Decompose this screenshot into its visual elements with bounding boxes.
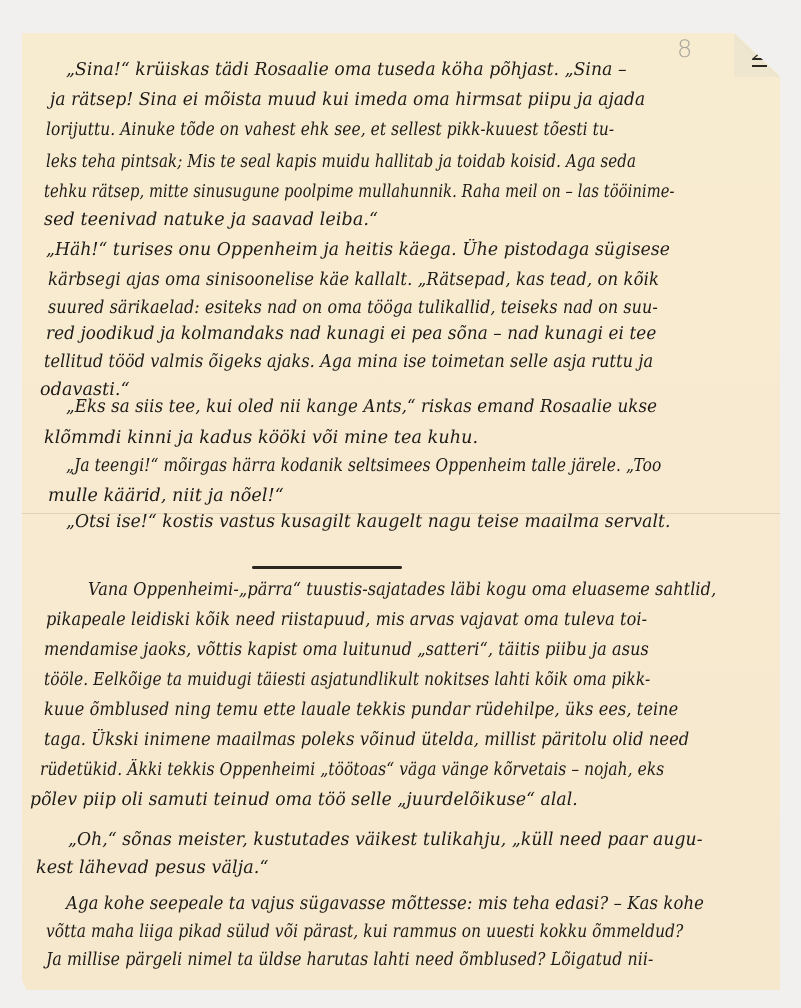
text-line: „Eks sa siis tee, kui oled nii kange Ant… — [66, 397, 657, 417]
text-line: mendamise jaoks, võttis kapist oma luitu… — [44, 640, 649, 660]
text-line: „Häh!“ turises onu Oppenheim ja heitis k… — [46, 240, 670, 260]
section-divider — [252, 566, 402, 569]
text-line: „Ja teengi!“ mõirgas härra kodanik selts… — [66, 456, 661, 476]
text-line: Vana Oppenheimi-„pärra“ tuustis-sajatade… — [88, 580, 716, 600]
text-line: kest lähevad pesus välja.“ — [36, 858, 269, 878]
text-line: Aga kohe seepeale ta vajus sügavasse mõt… — [66, 894, 704, 914]
text-line: taga. Ükski inimene maailmas poleks võin… — [44, 730, 689, 750]
text-line: mulle käärid, niit ja nõel!“ — [48, 486, 284, 506]
text-line: Ja millise pärgeli nimel ta üldse haruta… — [46, 950, 653, 970]
text-line: tehku rätsep, mitte sinusugune poolpime … — [44, 182, 675, 202]
text-line: „Otsi ise!“ kostis vastus kusagilt kauge… — [66, 512, 671, 532]
text-line: ja rätsep! Sina ei mõista muud kui imeda… — [50, 90, 645, 110]
text-line: põlev piip oli samuti teinud oma töö sel… — [30, 790, 578, 810]
text-line: kuue õmblused ning temu ette lauale tekk… — [44, 700, 678, 720]
archive-number: 8 — [677, 35, 692, 63]
text-line: red joodikud ja kolmandaks nad kunagi ei… — [46, 324, 656, 344]
text-line: „Oh,“ sõnas meister, kustutades väikest … — [68, 830, 703, 850]
text-line: tööle. Eelkõige ta muidugi täiesti asjat… — [44, 670, 650, 690]
text-line: lorijuttu. Ainuke tõde on vahest ehk see… — [46, 120, 614, 140]
text-line: suured särikaelad: esiteks nad on oma tö… — [48, 298, 658, 318]
text-line: võtta maha liiga pikad sülud või pärast,… — [46, 922, 683, 942]
text-line: klõmmdi kinni ja kadus kööki või mine te… — [44, 428, 478, 448]
text-line: sed teenivad natuke ja saavad leiba.“ — [44, 210, 378, 230]
page-number: 2 — [752, 41, 767, 67]
text-line: tellitud tööd valmis õigeks ajaks. Aga m… — [44, 352, 653, 372]
text-line: pikapeale leidiski kõik need riistapuud,… — [46, 610, 647, 630]
text-line: rüdetükid. Äkki tekkis Oppenheimi „tööto… — [40, 760, 664, 780]
text-line: kärbsegi ajas oma sinisoonelise käe kall… — [48, 270, 659, 290]
text-line: leks teha pintsak; Mis te seal kapis mui… — [46, 152, 636, 172]
text-line: „Sina!“ krüiskas tädi Rosaalie oma tused… — [66, 60, 627, 80]
